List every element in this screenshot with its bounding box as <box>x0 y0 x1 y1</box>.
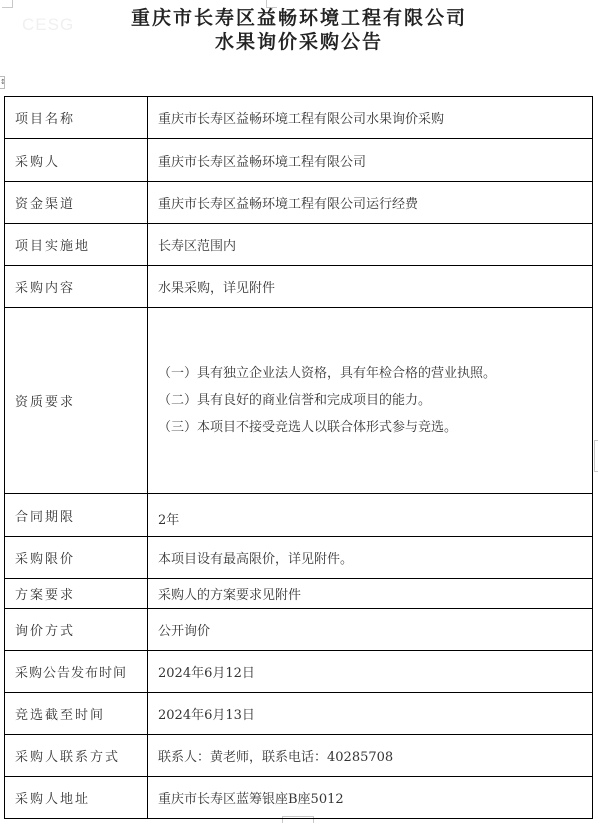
row-value: 联系人：黄老师，联系电话：40285708 <box>148 735 593 777</box>
row-label: 合同期限 <box>5 494 148 537</box>
table-row: 方案要求 采购人的方案要求见附件 <box>5 579 593 609</box>
table-row: 采购人 重庆市长寿区益畅环境工程有限公司 <box>5 139 593 182</box>
table-row: 采购内容 水果采购，详见附件 <box>5 266 593 308</box>
page-title: 重庆市长寿区益畅环境工程有限公司 水果询价采购公告 <box>0 6 598 54</box>
table-row: 采购公告发布时间 2024年6月12日 <box>5 651 593 693</box>
row-label: 采购人地址 <box>5 777 148 819</box>
row-label: 竞选截至时间 <box>5 693 148 735</box>
row-value: 公开询价 <box>148 609 593 651</box>
qualification-requirements: （一）具有独立企业法人资格，具有年检合格的营业执照。 （二）具有良好的商业信誉和… <box>148 308 593 494</box>
row-value: 采购人的方案要求见附件 <box>148 579 593 609</box>
row-label: 采购内容 <box>5 266 148 308</box>
row-value: 长寿区范围内 <box>148 224 593 266</box>
table-row: 资质要求 （一）具有独立企业法人资格，具有年检合格的营业执照。 （二）具有良好的… <box>5 308 593 494</box>
table-row: 询价方式 公开询价 <box>5 609 593 651</box>
table-row: 合同期限 2年 <box>5 494 593 537</box>
requirement-item: （二）具有良好的商业信誉和完成项目的能力。 <box>158 387 592 414</box>
row-label: 采购人 <box>5 139 148 182</box>
announcement-table: 项目名称 重庆市长寿区益畅环境工程有限公司水果询价采购 采购人 重庆市长寿区益畅… <box>4 96 593 819</box>
row-value: 重庆市长寿区益畅环境工程有限公司 <box>148 139 593 182</box>
row-label: 采购公告发布时间 <box>5 651 148 693</box>
row-label: 资质要求 <box>5 308 148 494</box>
title-line-2: 水果询价采购公告 <box>0 30 598 54</box>
table-row: 采购人联系方式 联系人：黄老师，联系电话：40285708 <box>5 735 593 777</box>
row-label: 项目名称 <box>5 97 148 139</box>
page-edge-mark <box>594 440 598 472</box>
row-value: 2年 <box>148 494 593 537</box>
table-row: 项目实施地 长寿区范围内 <box>5 224 593 266</box>
table-row: 项目名称 重庆市长寿区益畅环境工程有限公司水果询价采购 <box>5 97 593 139</box>
move-handle-icon[interactable]: ↕ <box>0 76 5 89</box>
row-label: 项目实施地 <box>5 224 148 266</box>
table-row: 资金渠道 重庆市长寿区益畅环境工程有限公司运行经费 <box>5 182 593 224</box>
row-label: 询价方式 <box>5 609 148 651</box>
row-value: 2024年6月13日 <box>148 693 593 735</box>
row-label: 资金渠道 <box>5 182 148 224</box>
table-row: 竞选截至时间 2024年6月13日 <box>5 693 593 735</box>
row-value: 2024年6月12日 <box>148 651 593 693</box>
title-line-1: 重庆市长寿区益畅环境工程有限公司 <box>0 6 598 30</box>
row-value: 水果采购，详见附件 <box>148 266 593 308</box>
row-value: 重庆市长寿区益畅环境工程有限公司运行经费 <box>148 182 593 224</box>
row-value: 本项目设有最高限价，详见附件。 <box>148 537 593 579</box>
row-value: 重庆市长寿区益畅环境工程有限公司水果询价采购 <box>148 97 593 139</box>
row-value: 重庆市长寿区蓝筹银座B座5012 <box>148 777 593 819</box>
requirement-item: （一）具有独立企业法人资格，具有年检合格的营业执照。 <box>158 360 592 387</box>
table-row: 采购限价 本项目设有最高限价，详见附件。 <box>5 537 593 579</box>
requirement-item: （三）本项目不接受竞选人以联合体形式参与竞选。 <box>158 414 592 441</box>
row-label: 采购限价 <box>5 537 148 579</box>
row-label: 方案要求 <box>5 579 148 609</box>
row-label: 采购人联系方式 <box>5 735 148 777</box>
table-row: 采购人地址 重庆市长寿区蓝筹银座B座5012 <box>5 777 593 819</box>
